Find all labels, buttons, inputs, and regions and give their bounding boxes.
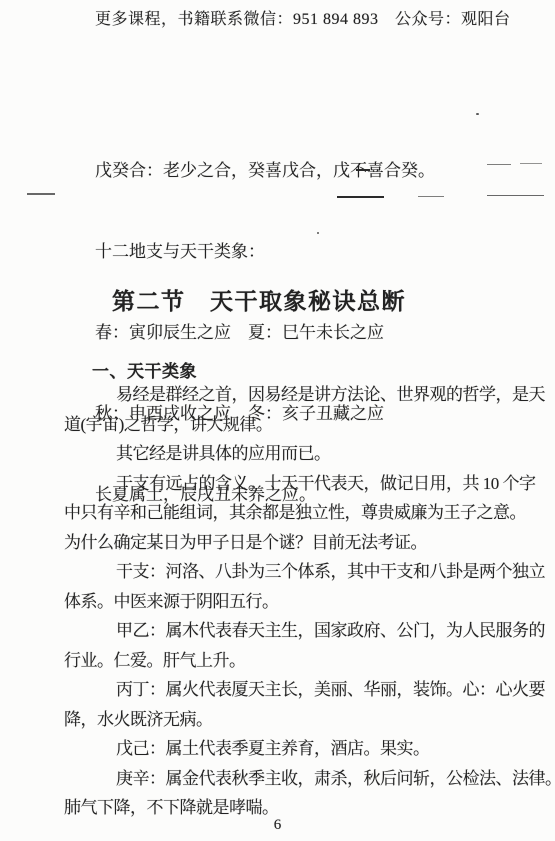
- scanned-book-page: 更多课程，书籍联系微信：951 894 893 公众号：观阳台 戊癸合：老少之合…: [0, 0, 555, 841]
- scan-artifact-dash: [487, 195, 544, 196]
- scan-artifact-dash: [418, 196, 444, 197]
- text-line: 戊己：属土代表季夏主养育，酒店。果实。: [64, 734, 550, 764]
- page-number: 6: [0, 817, 555, 834]
- section-title: 第二节 天干取象秘诀总断: [112, 283, 406, 316]
- text-line: 中只有辛和己能组词，其余都是独立性，尊贵威廉为王子之意。: [64, 498, 550, 528]
- text-line: 干支：河洛、八卦为三个体系，其中干支和八卦是两个独立: [64, 557, 550, 587]
- header-contact-line: 更多课程，书籍联系微信：951 894 893 公众号：观阳台: [95, 6, 511, 29]
- text-line: 其它经是讲具体的应用而已。: [64, 439, 550, 469]
- text-line: 甲乙：属木代表春天主生，国家政府、公门，为人民服务的: [64, 616, 550, 646]
- text-line: 丙丁：属火代表厦天主长，美丽、华丽，装饰。心：心火要: [64, 675, 550, 705]
- scan-artifact-dash: [487, 164, 511, 165]
- text-line: 庚辛：属金代表秋季主收，肃杀，秋后问斩，公检法、法律。: [64, 764, 550, 794]
- text-line: 戊癸合：老少之合，癸喜戊合，戊不喜合癸。: [95, 157, 435, 184]
- text-line: 为什么确定某日为甲子日是个谜？目前无法考证。: [64, 528, 550, 558]
- scan-artifact-dash: [356, 169, 370, 171]
- text-line: 春：寅卯辰生之应 夏：巳午未长之应: [95, 319, 435, 346]
- scan-artifact-dash: [27, 193, 55, 195]
- text-line: 易经是群经之首，因易经是讲方法论、世界观的哲学，是天: [64, 380, 550, 410]
- body-text-block: 易经是群经之首，因易经是讲方法论、世界观的哲学，是天 道(宇宙)之哲学，讲大规律…: [64, 380, 550, 823]
- scan-artifact-dash: [520, 163, 542, 164]
- scan-artifact-speck: [476, 113, 479, 115]
- scan-artifact-dash: [337, 196, 384, 198]
- text-line: 降，水火既济无病。: [64, 705, 550, 735]
- text-line: 体系。中医来源于阴阳五行。: [64, 587, 550, 617]
- subsection-title: 一、天干类象: [92, 357, 197, 382]
- text-line: 干支有远占的含义。十天干代表天，做记日用，共 10 个字: [64, 469, 550, 499]
- text-line: 道(宇宙)之哲学，讲大规律。: [64, 410, 550, 440]
- text-line: 行业。仁爱。肝气上升。: [64, 646, 550, 676]
- scan-artifact-speck: [317, 232, 319, 234]
- text-line: 十二地支与天干类象：: [95, 238, 435, 265]
